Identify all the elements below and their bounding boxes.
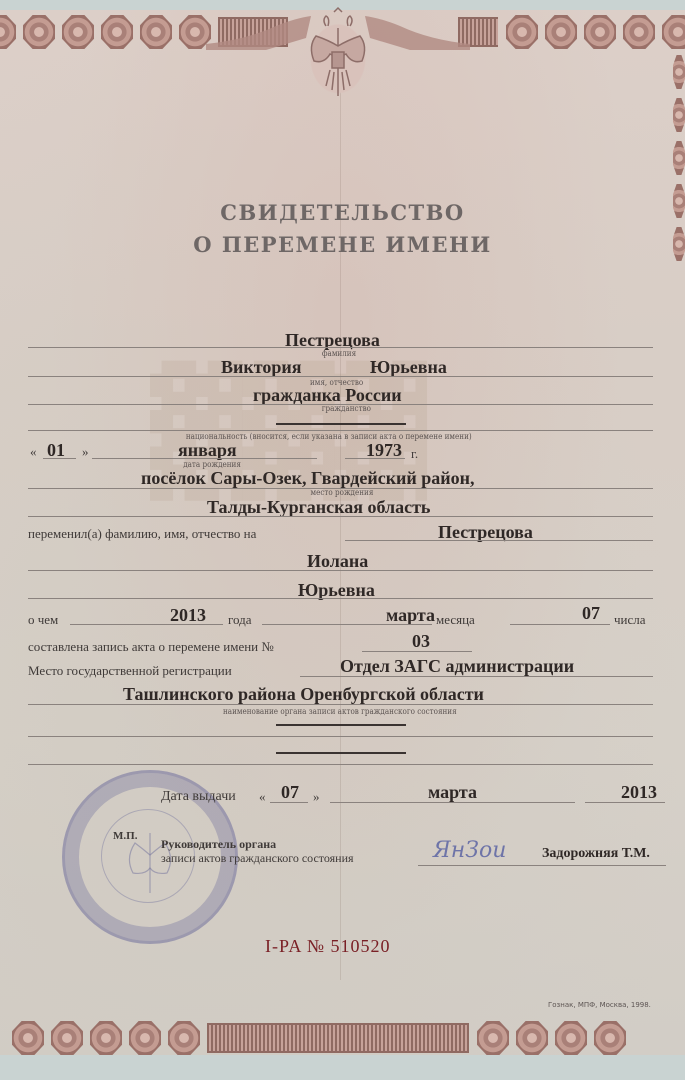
- signature: ЯнЗои: [433, 838, 506, 863]
- rosette-icon: [51, 1021, 83, 1055]
- new-first-name-line: [28, 570, 653, 571]
- act-number-value: 03: [412, 631, 430, 652]
- birth-place-caption: место рождения: [310, 488, 373, 497]
- issue-date-label: Дата выдачи: [161, 789, 236, 805]
- record-month-value: марта: [386, 605, 435, 626]
- blank-line: [28, 736, 653, 737]
- new-surname-line: [345, 540, 653, 541]
- rosette-icon: [101, 15, 133, 49]
- rosette-icon: [673, 98, 685, 132]
- issue-year-line: [585, 802, 665, 803]
- birth-place-line1: посёлок Сары-Озек, Гвардейский район,: [141, 468, 475, 489]
- rosette-icon: [477, 1021, 509, 1055]
- issue-day-value: 07: [281, 782, 299, 803]
- registration-place-label: Место государственной регистрации: [28, 663, 232, 679]
- issue-month-value: марта: [428, 782, 477, 803]
- registration-place-line-2: [28, 704, 653, 705]
- act-number-line: [362, 651, 472, 652]
- record-year-label: года: [228, 612, 252, 628]
- birth-quote-close: »: [82, 444, 89, 460]
- paper-fold: [340, 60, 341, 980]
- nationality-line: [28, 430, 653, 431]
- double-headed-eagle-icon: [296, 6, 380, 102]
- certificate-title-line2: О ПЕРЕМЕНЕ ИМЕНИ: [0, 232, 685, 257]
- act-number-label: составлена запись акта о перемене имени …: [28, 639, 274, 655]
- rosette-icon: [516, 1021, 548, 1055]
- issue-day-line: [270, 802, 308, 803]
- record-year-line: [70, 624, 223, 625]
- right-wing-ornament: [365, 14, 470, 50]
- signature-line: [418, 865, 666, 866]
- issue-quote-close: »: [313, 789, 320, 805]
- record-day-line: [510, 624, 610, 625]
- rosette-icon: [23, 15, 55, 49]
- rosette-icon: [673, 55, 685, 89]
- rosette-icon: [662, 15, 685, 49]
- surname-line: [28, 347, 653, 348]
- rosette-icon: [0, 15, 16, 49]
- rosette-icon: [545, 15, 577, 49]
- patronymic-value: Юрьевна: [370, 357, 447, 378]
- birth-day-line: [43, 458, 76, 459]
- head-name: Задорожняя Т.М.: [542, 846, 650, 862]
- issue-quote-open: «: [259, 789, 266, 805]
- certificate-title-line1: СВИДЕТЕЛЬСТВО: [0, 200, 685, 225]
- birth-year-line: [345, 458, 405, 459]
- rosette-icon: [12, 1021, 44, 1055]
- blank-line-2: [28, 764, 653, 765]
- issue-year-value: 2013: [621, 782, 657, 803]
- divider-dash-2: [276, 752, 406, 754]
- record-day-label: числа: [614, 612, 646, 628]
- coat-of-arms: [296, 6, 380, 102]
- issue-month-line: [330, 802, 575, 803]
- registration-place-line: [300, 676, 653, 677]
- rosette-icon: [584, 15, 616, 49]
- rosette-icon: [623, 15, 655, 49]
- record-year-value: 2013: [170, 605, 206, 626]
- birth-year-suffix: г.: [411, 446, 418, 462]
- record-month-label: месяца: [436, 612, 475, 628]
- record-day-value: 07: [582, 603, 600, 624]
- ornament-band: [207, 1023, 469, 1053]
- citizenship-value: гражданка России: [253, 385, 402, 406]
- registration-place-line1: Отдел ЗАГС администрации: [340, 656, 574, 677]
- nationality-dash: [276, 423, 406, 425]
- stamp-mark: М.П.: [113, 830, 137, 842]
- head-label-line1: Руководитель органа: [161, 837, 276, 852]
- citizenship-caption: гражданство: [322, 404, 371, 413]
- rosette-icon: [673, 141, 685, 175]
- name-line: [28, 376, 653, 377]
- rosette-icon: [594, 1021, 626, 1055]
- rosette-icon: [168, 1021, 200, 1055]
- printer-imprint: Гознак, МПФ, Москва, 1998.: [548, 1001, 651, 1009]
- surname-caption: фамилия: [322, 349, 356, 358]
- serial-number: I-PA № 510520: [265, 936, 391, 957]
- registration-place-caption: наименование органа записи актов граждан…: [223, 707, 457, 716]
- first-name-value: Виктория: [221, 357, 301, 378]
- record-month-line: [262, 624, 432, 625]
- rosette-icon: [506, 15, 538, 49]
- rosette-icon: [62, 15, 94, 49]
- rosette-icon: [140, 15, 172, 49]
- divider-dash-1: [276, 724, 406, 726]
- record-about-label: о чем: [28, 612, 58, 628]
- head-label-line2: записи актов гражданского состояния: [161, 851, 354, 866]
- rosette-icon: [90, 1021, 122, 1055]
- birth-quote-open: «: [30, 444, 37, 460]
- new-first-name-value: Иолана: [307, 551, 368, 572]
- rosette-icon: [129, 1021, 161, 1055]
- birth-place-line2: Талды-Курганская область: [207, 497, 430, 518]
- birth-place-line-2: [28, 516, 653, 517]
- bottom-ornament-border: [0, 1018, 685, 1058]
- changed-to-label: переменил(а) фамилию, имя, отчество на: [28, 526, 256, 542]
- birth-month-line: [92, 458, 317, 459]
- rosette-icon: [555, 1021, 587, 1055]
- new-patronymic-line: [28, 598, 653, 599]
- registration-place-line2: Ташлинского района Оренбургской области: [123, 684, 484, 705]
